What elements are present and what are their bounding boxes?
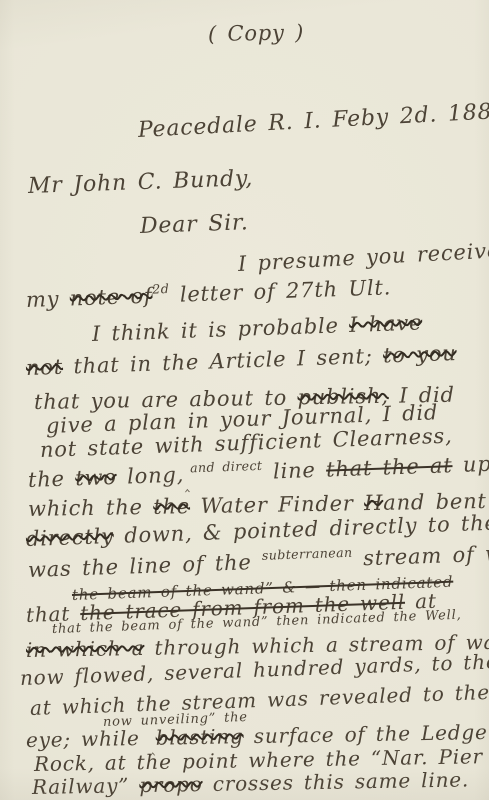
struck-text: note of — [69, 284, 153, 311]
struck-text: to you — [383, 341, 457, 368]
letter-line: at which the stream was revealed to the — [30, 682, 489, 718]
hand-text: my — [26, 286, 71, 312]
hand-text: the — [28, 466, 76, 492]
struck-text: I have — [349, 310, 423, 337]
hand-text: I think it is probable — [92, 313, 350, 346]
salutation-line: Dear Sir. — [140, 212, 249, 238]
copy-heading: ( Copy ) — [208, 22, 305, 45]
hand-text: line — [262, 458, 326, 484]
hand-text: that in the Article I sent; — [63, 344, 384, 379]
struck-text: blasting — [156, 724, 244, 750]
hand-text: long, — [116, 463, 184, 489]
struck-text: directly — [26, 524, 115, 551]
hand-text: eye; while — [26, 726, 150, 752]
struck-text: propo — [139, 772, 203, 797]
dateline: Peacedale R. I. Feby 2d. 1889, — [137, 100, 489, 142]
struck-text: in which a — [26, 636, 145, 662]
letter-line: Railway” propo crosses this same line. — [32, 769, 469, 797]
letter-line: I presume you received — [237, 240, 489, 275]
letter-line: I think it is probable I have — [92, 312, 423, 345]
struck-text: two — [75, 465, 117, 490]
hand-text: stream of water — [352, 539, 489, 570]
hand-text: Water Finder — [190, 491, 365, 518]
hand-text: letter of 27th Ult. — [169, 275, 392, 307]
hand-text: upon — [452, 451, 489, 477]
recipient-line: Mr John C. Bundy, — [28, 168, 254, 198]
inserted-text: and direct — [190, 460, 263, 475]
struck-text: H — [364, 491, 384, 515]
struck-text: not — [26, 355, 64, 380]
inserted-text: subterranean — [262, 547, 353, 563]
struck-text: that the at — [326, 453, 453, 481]
struck-text: the — [153, 494, 190, 519]
letter-line: not that in the Article I sent; to you — [26, 343, 457, 379]
hand-text: Railway” — [32, 773, 140, 799]
inserted-text: 2d — [152, 283, 169, 296]
letter-line: my note of2d letter of 27th Ult. — [26, 277, 392, 311]
hand-text: which the — [28, 495, 154, 521]
caret-mark: ‸ — [184, 475, 191, 491]
hand-text: crosses this same line. — [202, 767, 469, 796]
hand-text: I presume you received — [237, 238, 489, 276]
letter-page: ( Copy ) Peacedale R. I. Feby 2d. 1889, … — [0, 0, 489, 800]
hand-text: was the line of the — [28, 550, 263, 582]
